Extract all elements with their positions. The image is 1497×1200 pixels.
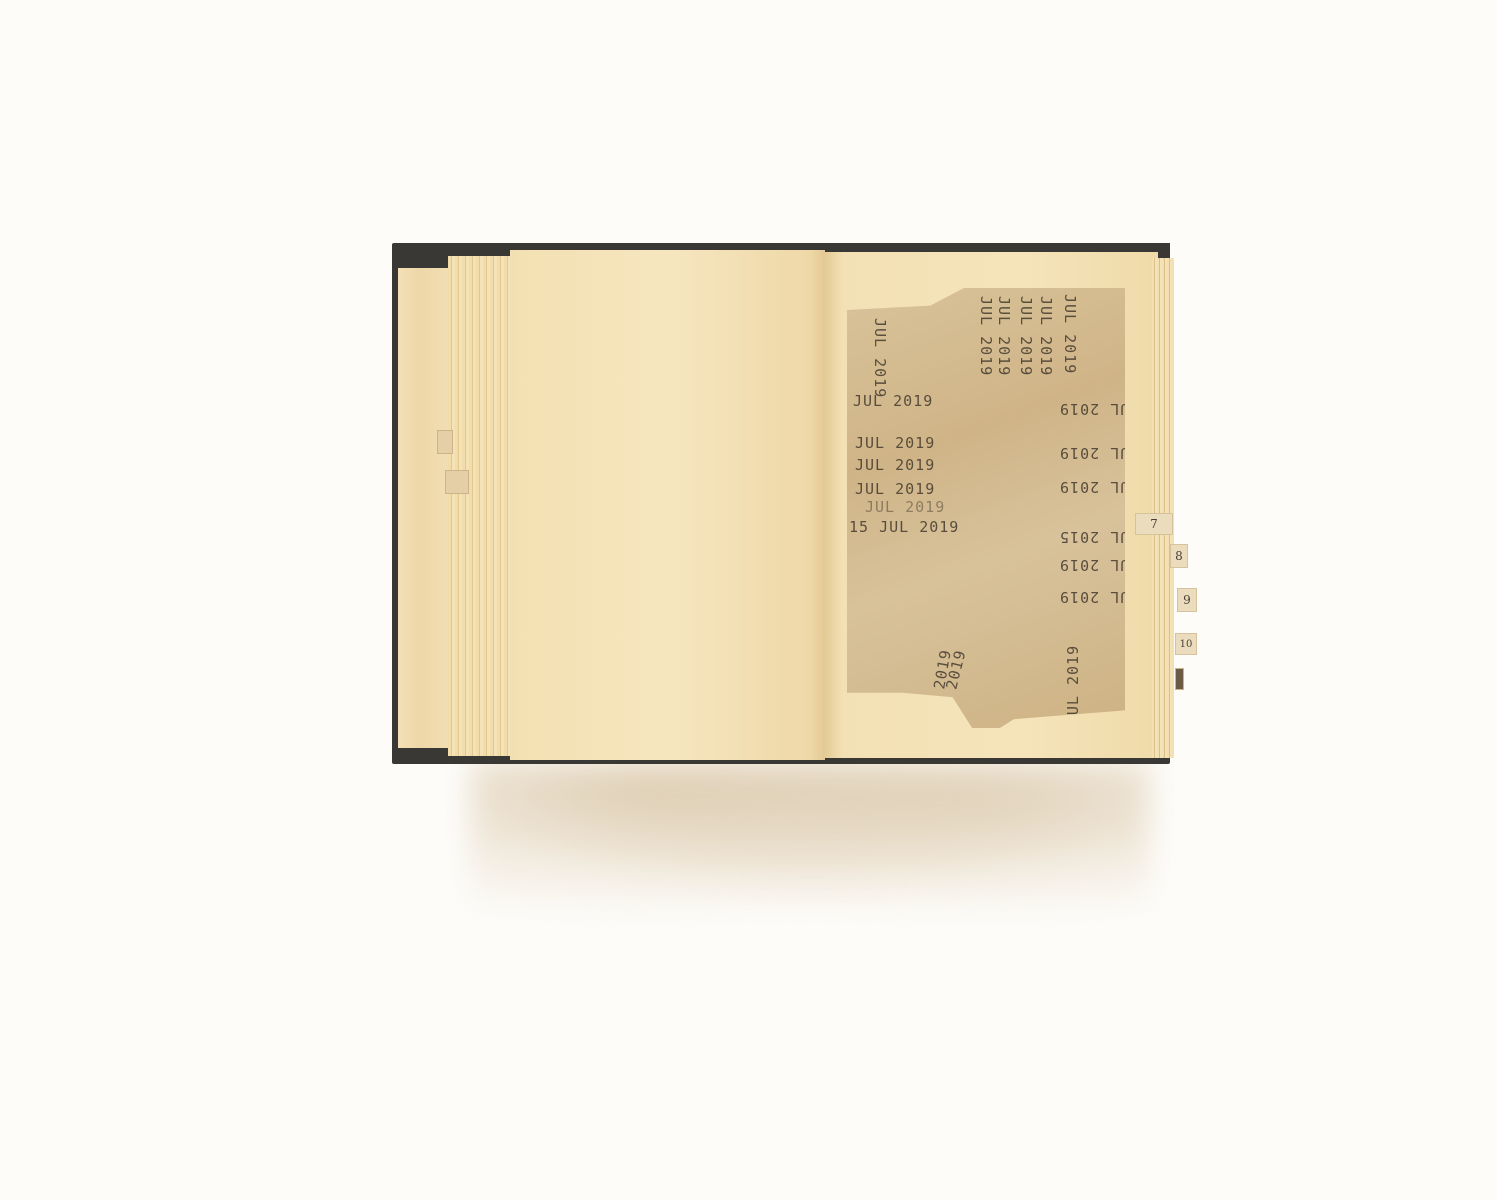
date-stamp: JUL 2019 (977, 296, 995, 376)
date-stamp: JUL 2019 (1061, 294, 1079, 374)
left-page-tab (445, 470, 469, 494)
left-page-stack (448, 256, 518, 756)
page-tab-9: 9 (1177, 588, 1197, 612)
left-page-tab (437, 430, 453, 454)
date-stamp: JUL 2019 (855, 456, 935, 474)
date-stamp: 15 JUL 2019 (849, 518, 959, 536)
date-stamp: JUL 2019 (865, 498, 945, 516)
date-stamp: JUL 2019 (855, 434, 935, 452)
date-stamp: JUL 2019 (995, 296, 1013, 376)
book-shadow (470, 760, 1150, 920)
date-stamp-clipping: JUL 2019 JUL 2019 JUL 2019 JUL 2019 JUL … (847, 288, 1125, 728)
date-stamp: JUL 2019 (855, 480, 935, 498)
page-tab-11 (1175, 668, 1184, 690)
date-stamp: JUL 2019 (1064, 645, 1082, 725)
page-tab-8: 8 (1170, 544, 1188, 568)
page-tab-10: 10 (1175, 633, 1197, 655)
right-page-stack (1152, 258, 1174, 758)
left-endpaper (398, 268, 453, 748)
date-stamp: JUL 2019 (853, 392, 933, 410)
left-page-blank (510, 250, 825, 760)
date-stamp: JUL 2019 (1017, 296, 1035, 376)
date-stamp: JUL 2019 (871, 318, 889, 398)
page-tab-7: 7 (1135, 513, 1173, 535)
date-stamp: JUL 2019 (1037, 296, 1055, 376)
